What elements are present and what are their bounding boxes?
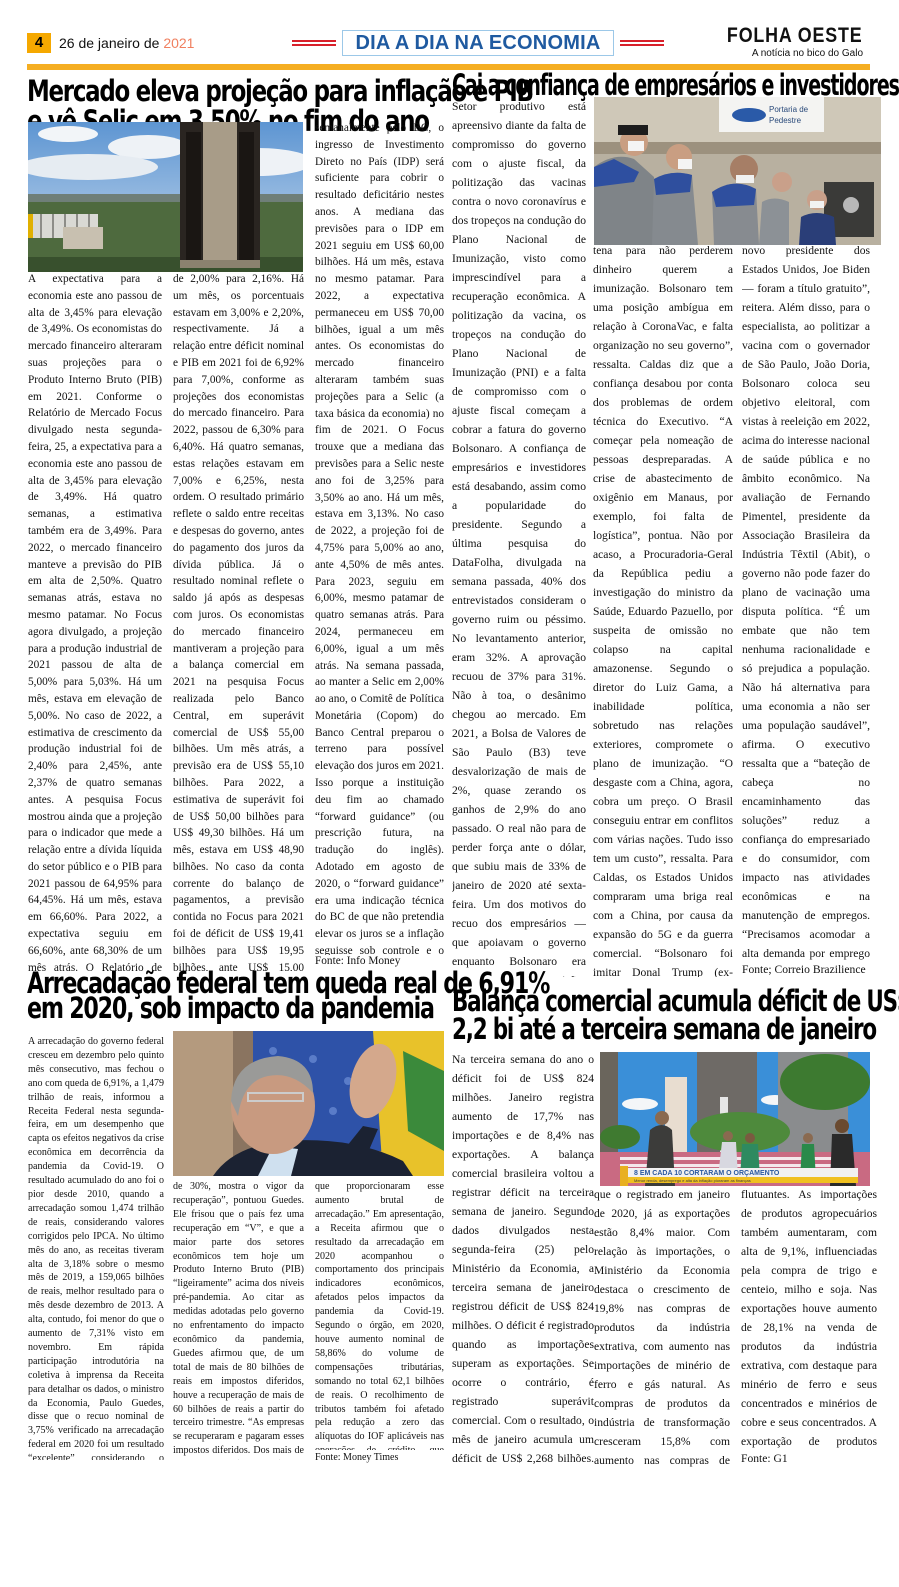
article-headline: Cai a confiança de empresários e investi… — [452, 70, 899, 100]
newspaper-brand: FOLHA OESTE A notícia no bico do Galo — [703, 25, 863, 60]
article-column-2: que o registrado em janeiro de 2020, já … — [594, 1185, 730, 1470]
brand-logo: FOLHA OESTE — [727, 25, 863, 47]
article-column-3: flutuantes. As importações de produtos a… — [741, 1185, 877, 1450]
article-source: Fonte; Correio Brazilience — [742, 960, 882, 980]
article-source: Fonte: Money Times — [315, 1451, 444, 1465]
page-number: 4 — [27, 33, 51, 53]
article-column-1: Setor produtivo está apreensivo diante d… — [452, 97, 586, 977]
photo-image: Portaria de Pedestre — [594, 97, 881, 245]
date-year: 2021 — [163, 35, 194, 51]
photo-sign-line1: Portaria de — [769, 105, 809, 114]
article-headline-line2: 2,2 bi até a terceira semana de janeiro — [452, 1014, 876, 1044]
article-column-3: semanalmente pelo BC, o ingresso de Inve… — [315, 120, 444, 955]
article-column-2: tena para não perderem dinheiro querem a… — [593, 241, 733, 977]
photo-image — [173, 1031, 444, 1176]
section-title: DIA A DIA NA ECONOMIA — [342, 30, 614, 56]
brand-tagline: A notícia no bico do Galo — [703, 48, 863, 60]
decorative-rule-right — [620, 40, 664, 46]
article-column-3: que proporcionaram esse aumento brutal d… — [315, 1180, 444, 1450]
article-column-1: A arrecadação do governo federal cresceu… — [28, 1035, 164, 1460]
section-banner: DIA A DIA NA ECONOMIA — [292, 30, 664, 56]
photo-caption: 8 EM CADA 10 CORTARAM O ORÇAMENTO — [634, 1170, 780, 1177]
article-source: Fonte: G1 — [741, 1449, 877, 1469]
paulo-guedes-photo — [173, 1031, 444, 1176]
date-text: 26 de janeiro de — [59, 35, 163, 51]
central-bank-building-photo — [28, 122, 303, 272]
masthead: 4 26 de janeiro de 2021 DIA A DIA NA ECO… — [0, 0, 899, 62]
article-column-2: de 2,00% para 2,16%. Há um mês, os porce… — [173, 271, 304, 971]
photo-image: 8 EM CADA 10 CORTARAM O ORÇAMENTO Menor … — [600, 1052, 870, 1186]
photo-sign-line2: Pedestre — [769, 116, 802, 125]
article-column-1: Na terceira semana do ano o déficit foi … — [452, 1050, 594, 1470]
decorative-rule-left — [292, 40, 336, 46]
article-column-3: novo presidente dos Estados Unidos, Joe … — [742, 241, 870, 961]
ford-workers-photo: Portaria de Pedestre — [594, 97, 881, 245]
photo-subcaption: Menor renda, desemprego e alta da inflaç… — [634, 1178, 751, 1183]
article-headline-line2: em 2020, sob impacto da pandemia — [27, 993, 434, 1023]
photo-image — [28, 122, 303, 272]
issue-date: 26 de janeiro de 2021 — [59, 35, 194, 51]
article-column-1: A expectativa para a economia este ano p… — [28, 271, 162, 971]
street-crosswalk-photo: 8 EM CADA 10 CORTARAM O ORÇAMENTO Menor … — [600, 1052, 870, 1186]
article-column-2: de 30%, mostra o vigor da recuperação”, … — [173, 1180, 304, 1460]
